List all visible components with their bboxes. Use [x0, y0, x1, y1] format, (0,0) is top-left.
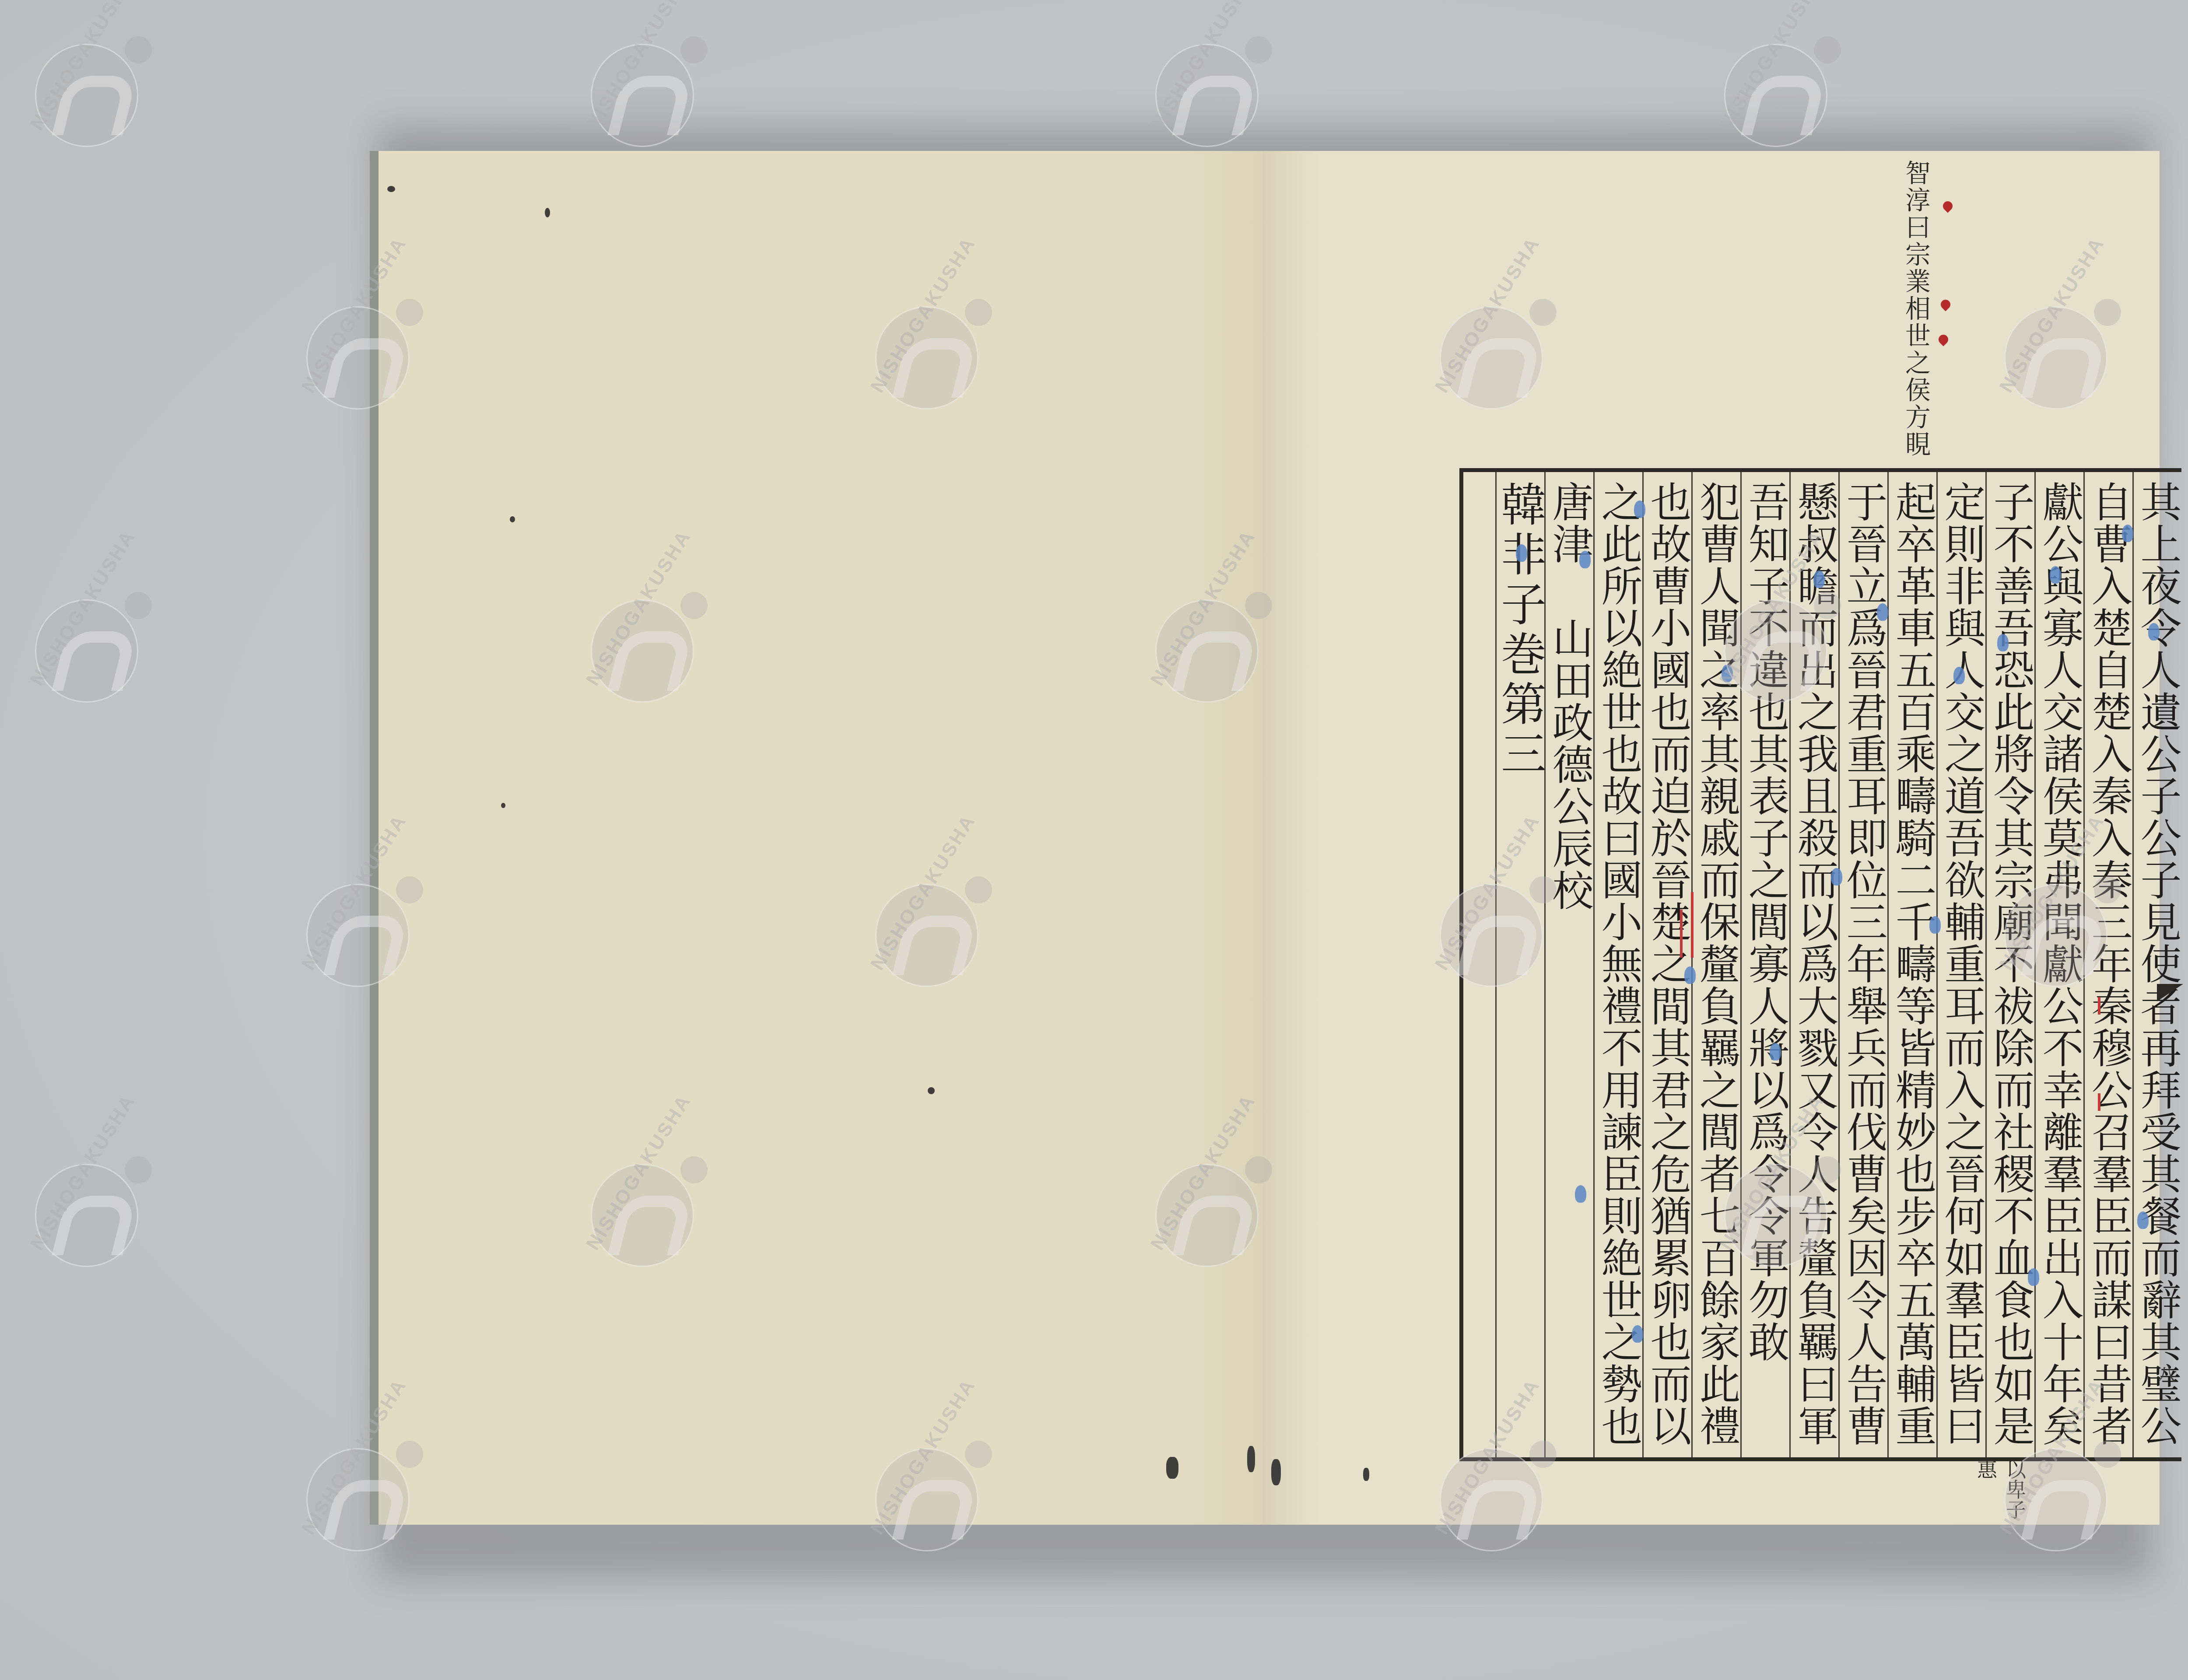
red-annotation-line [1680, 910, 1683, 958]
text-column: 懸叔瞻而出之我且殺而以爲大戮又令人告釐負羈曰軍旅薄城 [1789, 472, 1838, 1457]
handwritten-margin-note: 智淳曰宗業相世之侯方睍 [1899, 160, 1934, 458]
text-columns: 其上夜令人遺公子公子見使者再拜受其餐而辭其璧公子 自曹入楚自楚入秦入秦三年秦穆公… [1463, 472, 2181, 1457]
blue-reading-mark [2050, 566, 2061, 584]
text-column: 自曹入楚自楚入秦入秦三年秦穆公召羣臣而謀曰昔者晉 [2083, 472, 2132, 1457]
fold-shade [1175, 151, 1262, 1525]
handwritten-bottom-note: 以卑子惠 [1971, 1459, 2029, 1525]
blue-reading-mark [1877, 603, 1888, 621]
wormhole [1271, 1459, 1281, 1485]
red-annotation-line [2098, 1093, 2100, 1111]
red-punctuation-mark [1941, 199, 1954, 213]
blue-reading-mark [1953, 667, 1965, 684]
wormhole [928, 1087, 935, 1094]
blue-reading-mark [1770, 1043, 1781, 1060]
blue-reading-mark [1997, 634, 2009, 651]
blue-reading-mark [1634, 500, 1645, 518]
wormhole [1166, 1457, 1178, 1479]
red-punctuation-mark [1936, 332, 1950, 346]
blue-reading-mark [1929, 916, 1941, 934]
red-annotation-line [2098, 997, 2100, 1015]
wormhole [1247, 1446, 1255, 1472]
editor-credit-column: 唐津山田政德公辰校 [1544, 472, 1593, 1457]
gutter-shade [1262, 151, 1319, 1525]
text-column: 定則非與人交之道吾欲輔重耳而入之晉何如羣臣皆曰善公因 [1936, 472, 1985, 1457]
printed-text-frame: 其上夜令人遺公子公子見使者再拜受其餐而辭其璧公子 自曹入楚自楚入秦入秦三年秦穆公… [1459, 468, 2181, 1461]
wormhole [501, 803, 505, 808]
blue-reading-mark [2137, 1211, 2149, 1229]
text-column: 吾知子不違也其表子之閭寡人將以爲令令軍勿敢 [1740, 472, 1789, 1457]
blue-reading-mark [1831, 868, 1842, 885]
text-column: 子不善吾恐此將令其宗廟不祓除而社稷不血食也如是弗 [1985, 472, 2034, 1457]
blue-reading-mark [2028, 1268, 2039, 1286]
blue-reading-mark [1632, 1325, 1643, 1343]
volume-title-column: 韓非子巻第三 [1495, 472, 1544, 1457]
wormhole [1363, 1468, 1369, 1481]
text-column: 之此所以絶世也故曰國小無禮不用諫臣則絶世之勢也 [1593, 472, 1642, 1457]
wormhole [510, 516, 515, 522]
blue-reading-mark [2122, 525, 2133, 542]
blue-reading-mark [1813, 570, 1825, 588]
text-column: 獻公與寡人交諸侯莫弗聞獻公不幸離羣臣出入十年矣嗣 [2034, 472, 2083, 1457]
blue-reading-mark [1579, 551, 1591, 568]
right-page: 智淳曰宗業相世之侯方睍 其上夜令人遺公子公子見使者再拜受其餐而辭其璧公子 自曹入… [1262, 151, 2160, 1525]
book-spread: 智淳曰宗業相世之侯方睍 其上夜令人遺公子公子見使者再拜受其餐而辭其璧公子 自曹入… [370, 151, 2160, 1525]
text-column: 也故曹小國也而迫於晉楚之間其君之危猶累卵也而以無禮涖 [1642, 472, 1691, 1457]
blue-reading-mark [1516, 544, 1527, 562]
blue-reading-mark [1684, 966, 1696, 984]
blue-reading-mark [1722, 665, 1733, 682]
hashira-fishtail-mark [2157, 984, 2183, 1001]
red-punctuation-mark [1939, 297, 1952, 311]
text-column: 其上夜令人遺公子公子見使者再拜受其餐而辭其璧公子 [2132, 472, 2181, 1457]
blue-reading-mark [2148, 623, 2160, 640]
left-page-blank [370, 151, 1262, 1525]
editor-name: 山田政德公辰校 [1545, 617, 1593, 911]
wormhole [387, 186, 395, 192]
text-column: 犯曹人聞之率其親戚而保釐負羈之閭者七百餘家此禮之所用 [1691, 472, 1740, 1457]
page-number: 八 [2153, 1365, 2178, 1382]
blue-reading-mark [1575, 1185, 1586, 1203]
text-column: 起卒革車五百乘疇騎二千疇等皆精妙也步卒五萬輔重耳入之 [1887, 472, 1936, 1457]
wormhole [545, 208, 550, 217]
red-annotation-line [1691, 892, 1694, 958]
